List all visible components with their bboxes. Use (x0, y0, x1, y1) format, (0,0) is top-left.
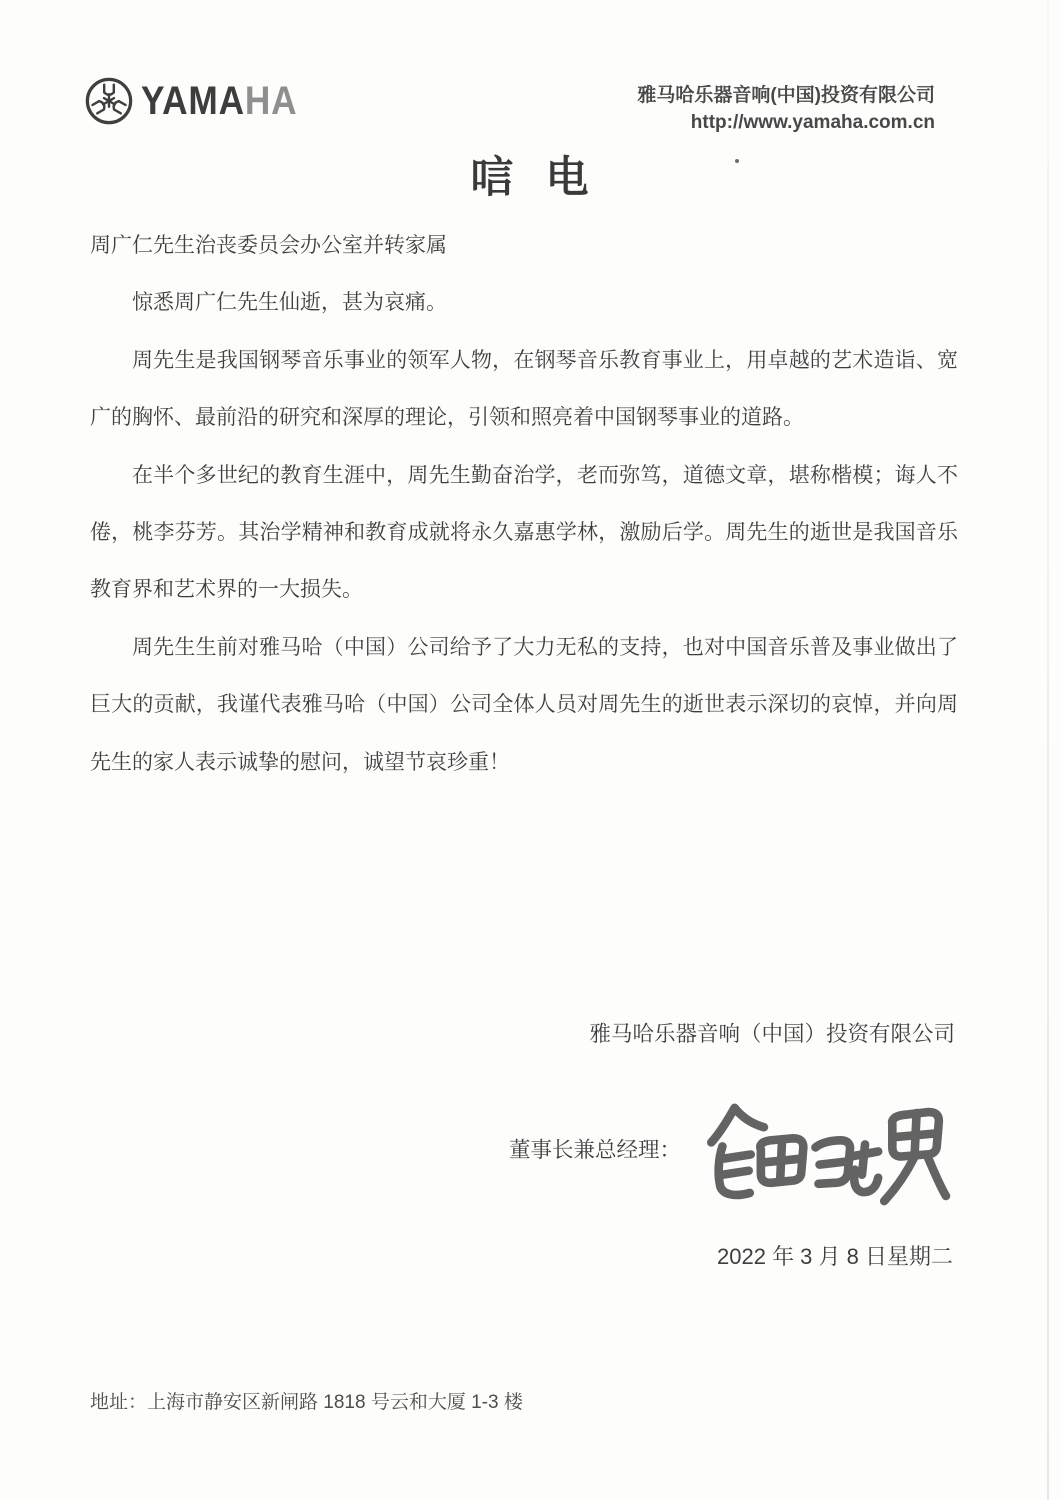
body-line: 先生的家人表示诚挚的慰问，诚望节哀珍重！ (90, 734, 958, 791)
body-line: 周广仁先生治丧委员会办公室并转家属 (90, 217, 958, 274)
body-line: 在半个多世纪的教育生涯中，周先生勤奋治学，老而弥笃，道德文章，堪称楷模；诲人不 (90, 447, 958, 504)
body-line: 周先生是我国钢琴音乐事业的领军人物，在钢琴音乐教育事业上，用卓越的艺术造诣、宽 (90, 332, 958, 389)
signature-company: 雅马哈乐器音响（中国）投资有限公司 (589, 1017, 955, 1048)
body-line: 广的胸怀、最前沿的研究和深厚的理论，引领和照亮着中国钢琴事业的道路。 (90, 389, 958, 446)
scan-speck (735, 159, 739, 163)
letter-body: 周广仁先生治丧委员会办公室并转家属惊悉周广仁先生仙逝，甚为哀痛。周先生是我国钢琴… (90, 217, 958, 791)
scan-edge-artifact (1047, 0, 1049, 1500)
yamaha-logo: YAMAHA (84, 76, 332, 126)
body-line: 周先生生前对雅马哈（中国）公司给予了大力无私的支持，也对中国音乐普及事业做出了 (90, 619, 958, 676)
brand-wordmark: YAMAHA (141, 78, 297, 123)
header-company-name: 雅马哈乐器音响(中国)投资有限公司 (637, 82, 935, 109)
letter-title: 唁 电 (0, 144, 1061, 205)
body-line: 惊悉周广仁先生仙逝，甚为哀痛。 (90, 274, 958, 331)
tuning-fork-icon (84, 76, 134, 126)
body-line: 倦，桃李芬芳。其治学精神和教育成就将永久嘉惠学林，激励后学。周先生的逝世是我国音… (90, 504, 958, 561)
footer-address: 地址：上海市静安区新闸路 1818 号云和大厦 1-3 楼 (90, 1387, 523, 1414)
header-company-block: 雅马哈乐器音响(中国)投资有限公司 http://www.yamaha.com.… (637, 82, 935, 136)
body-line: 巨大的贡献，我谨代表雅马哈（中国）公司全体人员对周先生的逝世表示深切的哀悼，并向… (90, 676, 958, 733)
letter-date: 2022 年 3 月 8 日星期二 (717, 1240, 953, 1271)
signature-role-label: 董事长兼总经理： (509, 1133, 681, 1164)
scanned-letter-page: YAMAHA 雅马哈乐器音响(中国)投资有限公司 http://www.yama… (0, 0, 1061, 1500)
header-website: http://www.yamaha.com.cn (637, 109, 935, 136)
handwritten-signature (684, 1095, 952, 1213)
brand-light: HA (245, 78, 298, 122)
body-line: 教育界和艺术界的一大损失。 (90, 561, 958, 618)
brand-dark: YAMA (141, 78, 245, 122)
